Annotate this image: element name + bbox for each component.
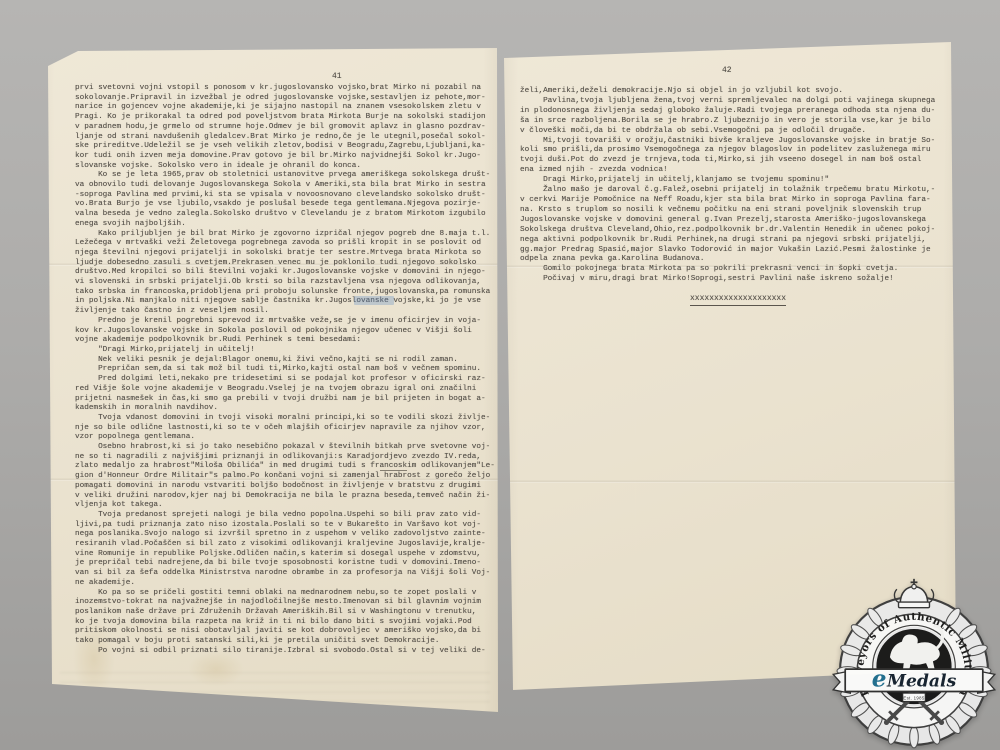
svg-text:Est. 1985: Est. 1985 (903, 695, 925, 700)
fold-crease (500, 480, 962, 483)
page-number: 42 (722, 66, 732, 75)
banner-ribbon: eMedals (833, 665, 995, 693)
page-42-text: želi,Ameriki,deželi demokracije.Njo si o… (520, 87, 944, 285)
typed-end-mark: xxxxxxxxxxxxxxxxxxxx (690, 294, 786, 306)
emedals-watermark-seal: Purveyors of Authentic Militaria eMedals (828, 578, 1000, 750)
document-photo: 41 prvi svetovni vojni vstopil s ponosom… (0, 0, 1000, 750)
page-41-surface: 41 prvi svetovni vojni vstopil s ponosom… (36, 44, 502, 716)
page-number: 41 (332, 72, 342, 81)
ink-transfer-smudge (60, 672, 490, 706)
seal-established: Est. 1985 (903, 693, 925, 701)
page-41-text: prvi svetovni vojni vstopil s ponosom v … (75, 84, 499, 656)
document-page-41: 41 prvi svetovni vojni vstopil s ponosom… (36, 44, 502, 716)
crown-icon (894, 579, 933, 608)
